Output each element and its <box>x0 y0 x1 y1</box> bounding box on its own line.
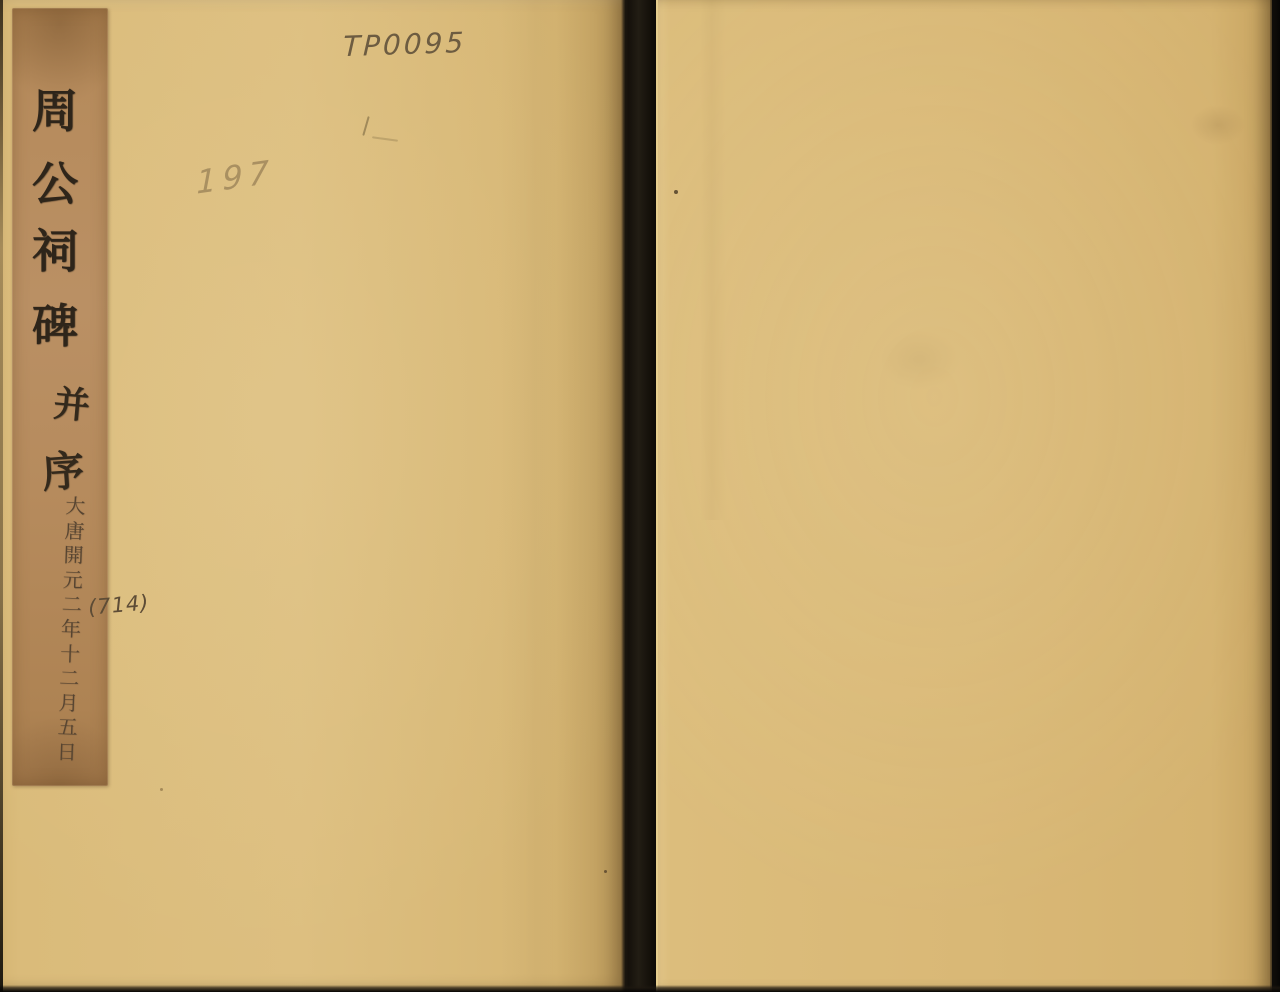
title-char-4: 碑 <box>29 297 81 349</box>
date-char: 二 <box>61 592 82 617</box>
date-char: 開 <box>63 543 84 568</box>
photo-edge-right <box>1270 0 1280 992</box>
subtitle-char-2: 序 <box>36 442 89 495</box>
date-char: 十 <box>60 641 81 666</box>
date-char: 五 <box>57 715 78 740</box>
title-slip: 周 公 祠 碑 并 序 大 唐 開 元 二 年 十 二 月 五 日 <box>12 8 108 786</box>
date-char: 二 <box>59 666 80 691</box>
date-char: 大 <box>65 494 86 519</box>
date-char: 元 <box>62 567 83 592</box>
binding-spine <box>621 0 656 992</box>
date-char: 日 <box>56 740 77 765</box>
date-inscription-column: 大 唐 開 元 二 年 十 二 月 五 日 <box>52 494 89 765</box>
pencil-catalog-number: TP0095 <box>342 26 466 63</box>
title-char-2: 公 <box>29 155 81 207</box>
subtitle-char-1: 并 <box>48 378 96 426</box>
right-page-fold-shading <box>700 0 726 520</box>
left-page-fold-shading <box>500 0 625 992</box>
date-char: 月 <box>58 690 79 715</box>
album-cover-scan: 周 公 祠 碑 并 序 大 唐 開 元 二 年 十 二 月 五 日 TP0095… <box>0 0 1280 992</box>
right-blank-page <box>656 0 1272 992</box>
paper-smudge <box>880 330 960 390</box>
photo-edge-bottom <box>0 985 1280 992</box>
date-char: 年 <box>61 617 82 642</box>
title-char-3: 祠 <box>29 222 81 274</box>
paper-smudge <box>1190 105 1245 145</box>
title-char-1: 周 <box>29 82 81 134</box>
foxing-speck <box>160 788 163 791</box>
foxing-speck <box>674 190 678 194</box>
photo-edge-left <box>0 0 3 992</box>
foxing-speck <box>604 870 607 873</box>
date-char: 唐 <box>64 518 85 543</box>
